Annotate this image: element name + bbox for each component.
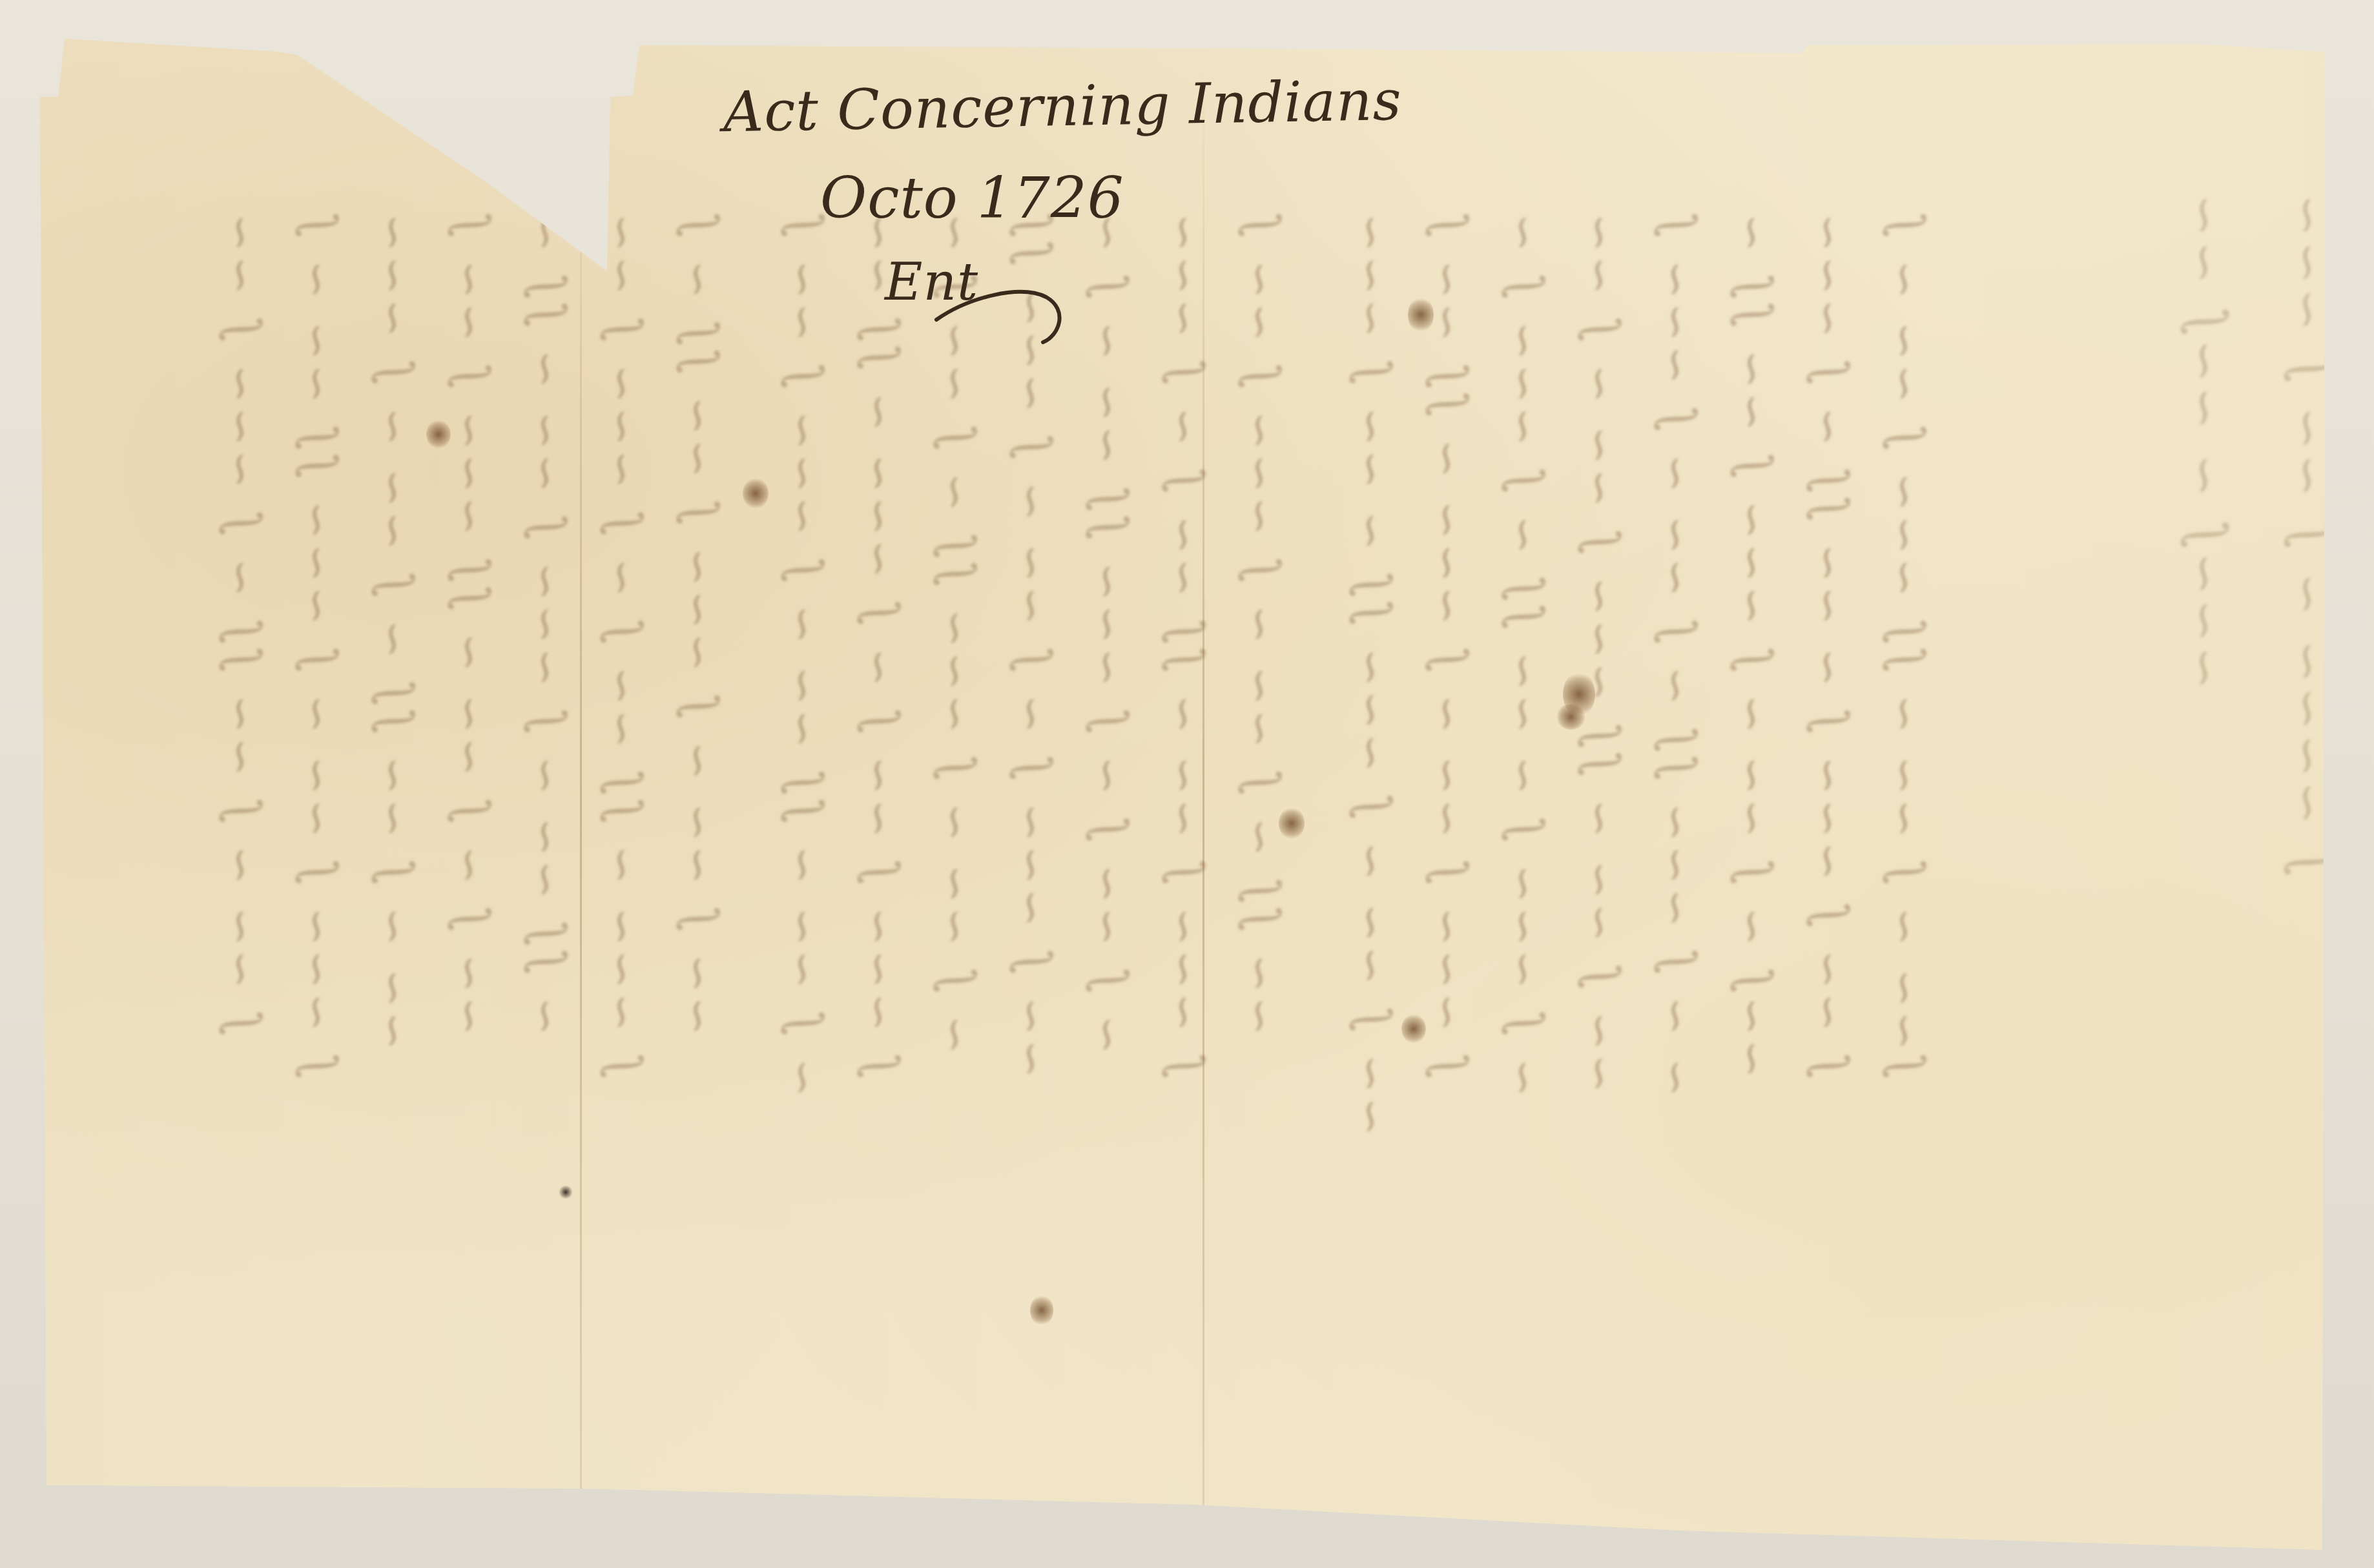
ink-spot (559, 1185, 573, 1199)
ink-blot (1279, 807, 1305, 840)
ink-blot (743, 478, 769, 509)
docket-title: Act Concerning Indians (723, 68, 1402, 145)
ink-blot (1401, 1014, 1426, 1044)
bleed-through-text: ~~ ∫ ~~~ ∫ ~ ∫∫ ~~ ∫ ~ ~~ ∫ ∫ ~ ~~ ∫∫ ~~… (200, 213, 734, 1082)
flourish-icon (930, 271, 1072, 349)
docket-date: Octo 1726 (820, 165, 1124, 231)
ink-blot (426, 420, 451, 449)
ink-blot (1030, 1295, 1053, 1326)
ink-blot (1556, 704, 1585, 730)
manuscript-sheet: ~~~ ∫ ~~ ~ ∫∫ ~~~ ∫ ~ ~~ ∫ ~~ ∫ ~~ ∫∫ ~ … (0, 0, 2374, 1568)
bleed-through-text: ~~~ ∫ ~~ ~ ∫∫ ~~~ ∫ ~ ~~ ∫ ~~ ∫ ~~ ∫∫ ~ … (1330, 213, 1940, 1140)
ink-blot (1408, 297, 1434, 333)
